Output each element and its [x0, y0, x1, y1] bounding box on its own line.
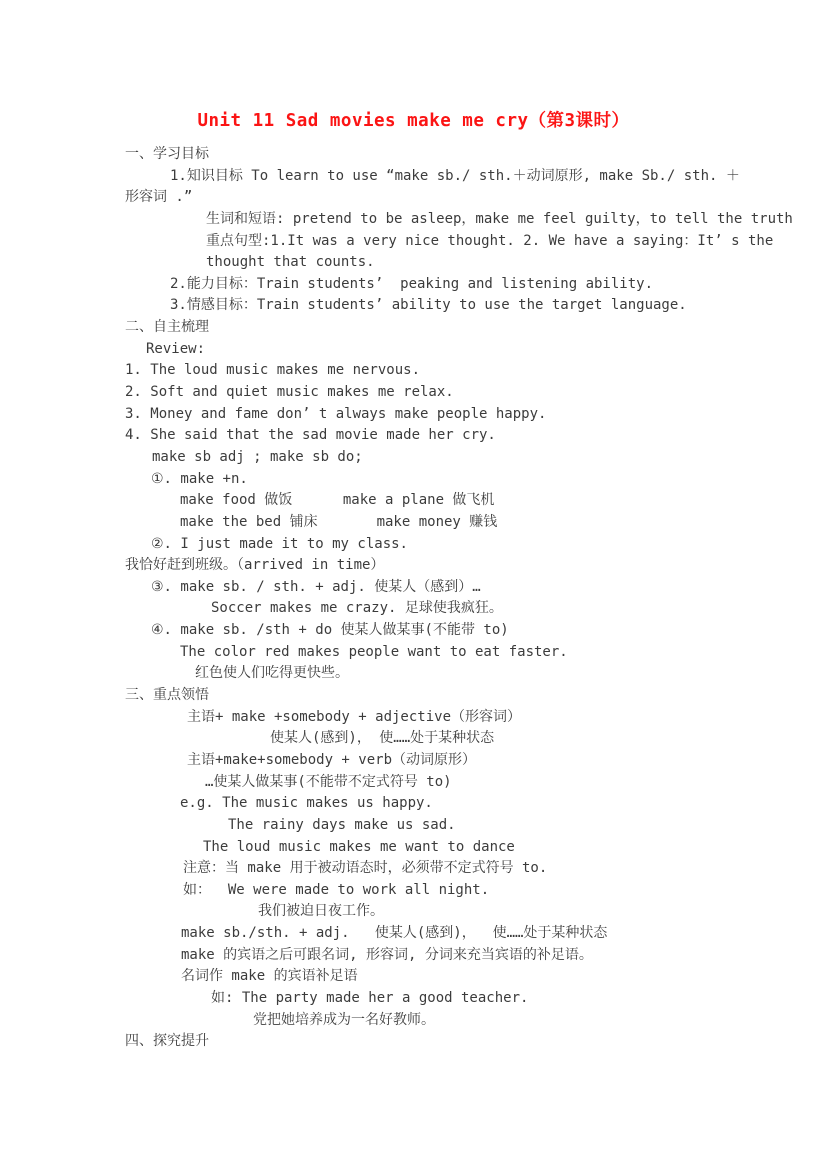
doc-line: 生词和短语: pretend to be asleep，make me feel…: [206, 209, 785, 231]
doc-line: 如： We were made to work all night.: [183, 880, 785, 902]
doc-line: 1.知识目标 To learn to use “make sb./ sth.＋动…: [170, 166, 785, 188]
doc-line: make food 做饭 make a plane 做飞机: [180, 490, 785, 512]
doc-line: make sb adj ; make sb do;: [152, 447, 785, 469]
doc-line: thought that counts.: [206, 252, 785, 274]
doc-line: 党把她培养成为一名好教师。: [253, 1010, 785, 1032]
doc-line: make 的宾语之后可跟名词, 形容词, 分词来充当宾语的补足语。: [181, 945, 785, 967]
document-page: Unit 11 Sad movies make me cry（第3课时） 一、学…: [0, 0, 827, 1169]
doc-line: ④. make sb. /sth + do 使某人做某事(不能带 to): [151, 620, 785, 642]
doc-line: …使某人做某事(不能带不定式符号 to): [205, 772, 785, 794]
doc-line: 使某人(感到)， 使……处于某种状态: [270, 728, 785, 750]
doc-line: 名词作 make 的宾语补足语: [181, 966, 785, 988]
doc-line: Review:: [146, 339, 785, 361]
doc-line: 4. She said that the sad movie made her …: [125, 425, 785, 447]
doc-line: 主语+ make +somebody + adjective（形容词）: [187, 707, 785, 729]
doc-line: The rainy days make us sad.: [228, 815, 785, 837]
doc-line: make sb./sth. + adj. 使某人(感到)， 使……处于某种状态: [181, 923, 785, 945]
doc-line: 2.能力目标：Train students’ peaking and liste…: [170, 274, 785, 296]
doc-line: e.g. The music makes us happy.: [180, 793, 785, 815]
doc-line: 2. Soft and quiet music makes me relax.: [125, 382, 785, 404]
doc-line: 红色使人们吃得更快些。: [195, 663, 785, 685]
doc-line: 我们被迫日夜工作。: [258, 901, 785, 923]
doc-line: 二、自主梳理: [125, 317, 785, 339]
doc-line: Soccer makes me crazy. 足球使我疯狂。: [211, 598, 785, 620]
doc-line: 我恰好赶到班级。（arrived in time）: [125, 555, 785, 577]
doc-line: 主语+make+somebody + verb（动词原形）: [187, 750, 785, 772]
doc-line: 3.情感目标：Train students’ ability to use th…: [170, 295, 785, 317]
doc-line: 1. The loud music makes me nervous.: [125, 360, 785, 382]
doc-line: make the bed 铺床 make money 赚钱: [180, 512, 785, 534]
doc-line: 三、重点领悟: [125, 685, 785, 707]
doc-line: 一、学习目标: [125, 144, 785, 166]
doc-line: 3. Money and fame don’ t always make peo…: [125, 404, 785, 426]
doc-line: The loud music makes me want to dance: [203, 837, 785, 859]
doc-line: 重点句型:1.It was a very nice thought. 2. We…: [206, 231, 785, 253]
doc-line: 形容词 .”: [125, 187, 785, 209]
doc-line: ③. make sb. / sth. + adj. 使某人（感到）…: [151, 577, 785, 599]
document-body: 一、学习目标1.知识目标 To learn to use “make sb./ …: [125, 144, 785, 1053]
doc-line: ②. I just made it to my class.: [151, 534, 785, 556]
doc-line: ①. make +n.: [151, 469, 785, 491]
doc-line: The color red makes people want to eat f…: [180, 642, 785, 664]
doc-line: 四、探究提升: [125, 1031, 785, 1053]
doc-line: 如: The party made her a good teacher.: [211, 988, 785, 1010]
doc-line: 注意：当 make 用于被动语态时，必须带不定式符号 to.: [183, 858, 785, 880]
page-title: Unit 11 Sad movies make me cry（第3课时）: [0, 107, 827, 132]
